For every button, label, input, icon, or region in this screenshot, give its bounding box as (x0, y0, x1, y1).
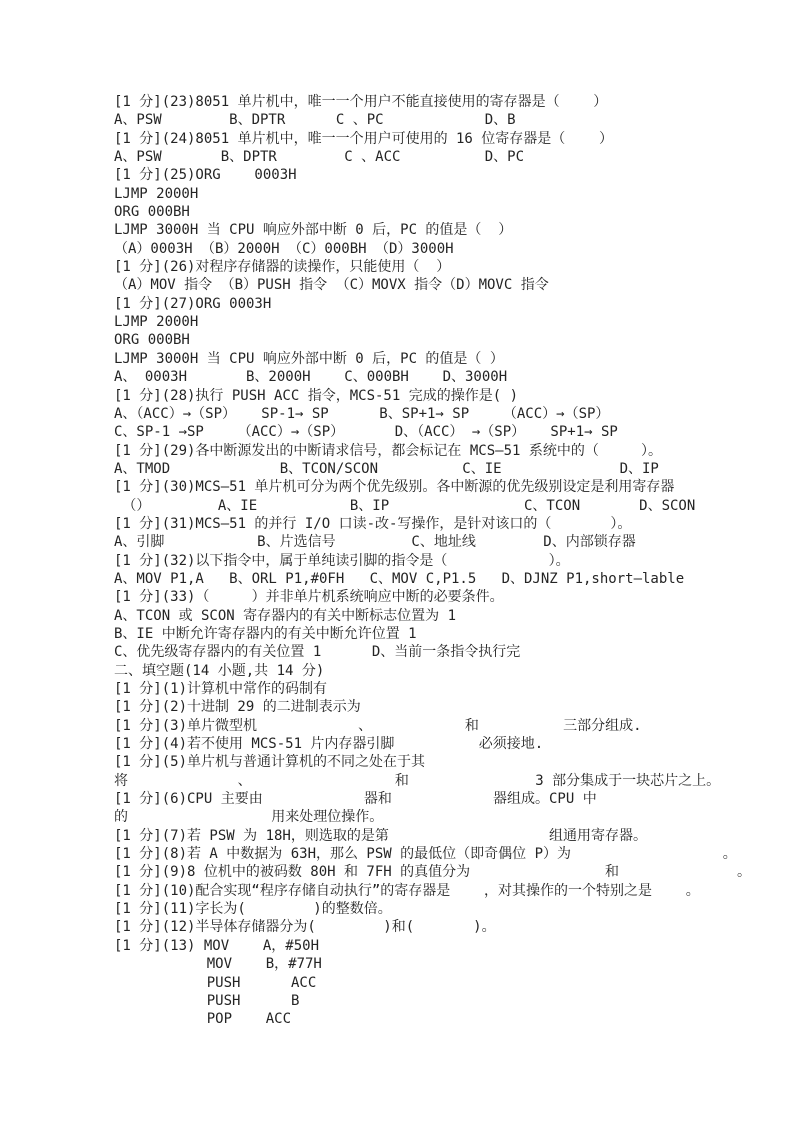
doc-line: [1 分](32)以下指令中，属于单纯读引脚的指令是（ ）。 (114, 552, 734, 570)
doc-line: [1 分](27)ORG 0003H (114, 295, 734, 313)
doc-line: LJMP 2000H (114, 185, 734, 203)
doc-line: [1 分](1)计算机中常作的码制有 (114, 680, 734, 698)
doc-line: [1 分](12)半导体存储器分为( )和( )。 (114, 918, 734, 936)
doc-line: ORG 000BH (114, 331, 734, 349)
doc-line: C、SP-1 →SP （ACC）→（SP） D、（ACC） →（SP） SP+1… (114, 423, 734, 441)
doc-line: PUSH ACC (114, 974, 734, 992)
doc-line: LJMP 3000H 当 CPU 响应外部中断 0 后，PC 的值是（ ） (114, 350, 734, 368)
doc-line: PUSH B (114, 992, 734, 1010)
doc-line: [1 分](10)配合实现“程序存储自动执行”的寄存器是 ，对其操作的一个特别之… (114, 882, 734, 900)
doc-line: [1 分](28)执行 PUSH ACC 指令，MCS-51 完成的操作是( ) (114, 387, 734, 405)
doc-line: 将 、 和 3 部分集成于一块芯片之上。 (114, 772, 734, 790)
doc-line: [1 分](9)8 位机中的被码数 80H 和 7FH 的真值分为 和 。 (114, 863, 734, 881)
doc-line: MOV B，#77H (114, 955, 734, 973)
doc-line: [1 分](3)单片微型机 、 和 三部分组成. (114, 717, 734, 735)
doc-line: A、MOV P1,A B、ORL P1,#0FH C、MOV C,P1.5 D、… (114, 570, 734, 588)
doc-line: ORG 000BH (114, 203, 734, 221)
doc-line: LJMP 2000H (114, 313, 734, 331)
doc-line: [1 分](7)若 PSW 为 18H，则选取的是第 组通用寄存器。 (114, 827, 734, 845)
doc-line: A、TMOD B、TCON/SCON C、IE D、IP (114, 460, 734, 478)
doc-line: A、 0003H B、2000H C、000BH D、3000H (114, 368, 734, 386)
doc-line: [1 分](8)若 A 中数据为 63H，那么 PSW 的最低位（即奇偶位 P）… (114, 845, 734, 863)
doc-line: C、优先级寄存器内的有关位置 1 D、当前一条指令执行完 (114, 643, 734, 661)
doc-line: [1 分](31)MCS—51 的并行 I/O 口读-改-写操作，是针对该口的（… (114, 515, 734, 533)
doc-line: [1 分](25)ORG 0003H (114, 166, 734, 184)
doc-line: [1 分](29)各中断源发出的中断请求信号，都会标记在 MCS—51 系统中的… (114, 442, 734, 460)
doc-line: A、TCON 或 SCON 寄存器内的有关中断标志位置为 1 (114, 607, 734, 625)
doc-line: A、（ACC）→（SP） SP-1→ SP B、SP+1→ SP （ACC）→（… (114, 405, 734, 423)
doc-line: [1 分](11)字长为( )的整数倍。 (114, 900, 734, 918)
document-content: [1 分](23)8051 单片机中，唯一一个用户不能直接使用的寄存器是（ ） … (114, 93, 734, 1029)
doc-line: [1 分](5)单片机与普通计算机的不同之处在于其 (114, 753, 734, 771)
doc-line: [1 分](13) MOV A，#50H (114, 937, 734, 955)
doc-line: [1 分](24)8051 单片机中，唯一一个用户可使用的 16 位寄存器是（ … (114, 130, 734, 148)
doc-line: LJMP 3000H 当 CPU 响应外部中断 0 后，PC 的值是（ ） (114, 221, 734, 239)
doc-line: [1 分](33)（ ）并非单片机系统响应中断的必要条件。 (114, 588, 734, 606)
doc-line: [1 分](6)CPU 主要由 器和 器组成。CPU 中 (114, 790, 734, 808)
doc-line: B、IE 中断允许寄存器内的有关中断允许位置 1 (114, 625, 734, 643)
doc-line: [1 分](2)十进制 29 的二进制表示为 (114, 698, 734, 716)
doc-line: [1 分](26)对程序存储器的读操作，只能使用（ ） (114, 258, 734, 276)
doc-line: （A）0003H （B）2000H （C）000BH （D）3000H (114, 240, 734, 258)
doc-line: A、PSW B、DPTR C 、PC D、B (114, 111, 734, 129)
doc-line: [1 分](23)8051 单片机中，唯一一个用户不能直接使用的寄存器是（ ） (114, 93, 734, 111)
doc-line: [1 分](4)若不使用 MCS-51 片内存器引脚 必须接地. (114, 735, 734, 753)
doc-line: POP ACC (114, 1010, 734, 1028)
exam-document-page: [1 分](23)8051 单片机中，唯一一个用户不能直接使用的寄存器是（ ） … (0, 0, 793, 1122)
doc-line: A、PSW B、DPTR C 、ACC D、PC (114, 148, 734, 166)
doc-line: （A）MOV 指令 （B）PUSH 指令 （C）MOVX 指令（D）MOVC 指… (114, 276, 734, 294)
section-2-header: 二、填空题(14 小题,共 14 分) (114, 662, 734, 680)
doc-line: [1 分](30)MCS—51 单片机可分为两个优先级别。各中断源的优先级别设定… (114, 478, 734, 496)
doc-line: 的 用来处理位操作。 (114, 808, 734, 826)
doc-line: A、引脚 B、片选信号 C、地址线 D、内部锁存器 (114, 533, 734, 551)
doc-line: （） A、IE B、IP C、TCON D、SCON (114, 497, 734, 515)
